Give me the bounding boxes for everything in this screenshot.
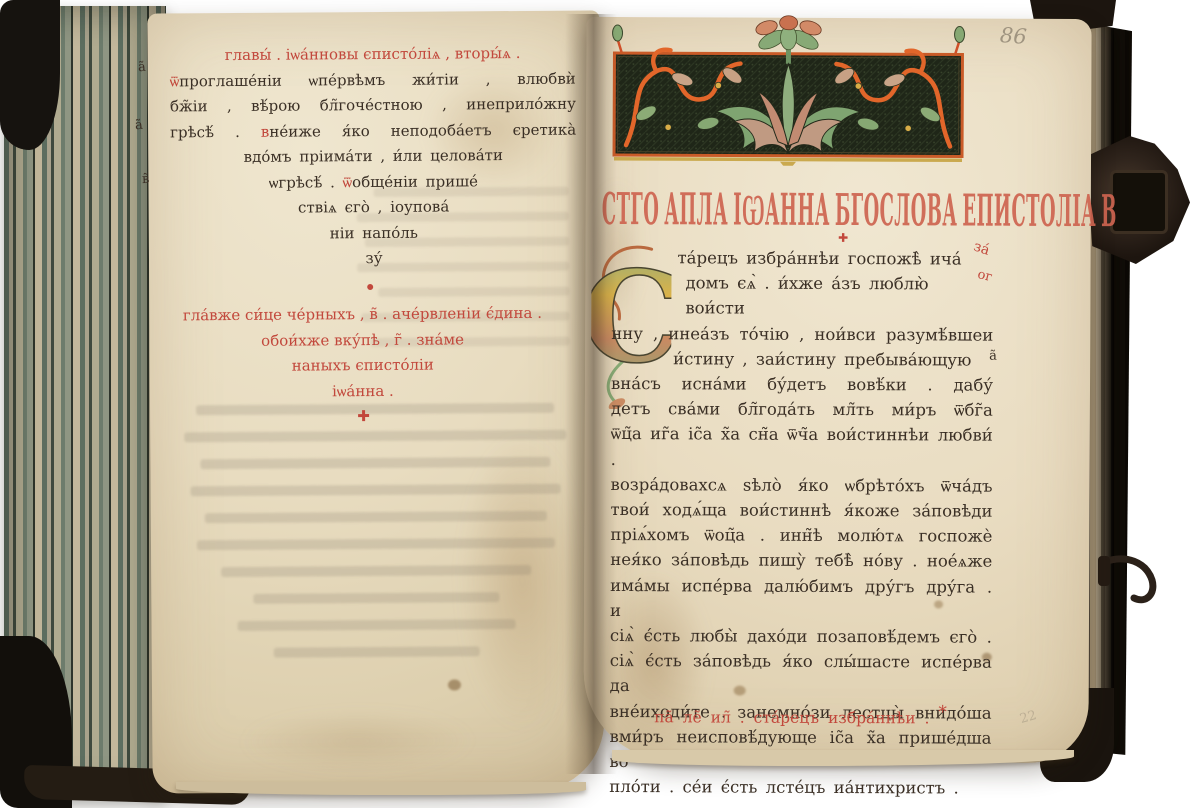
cross-ornament-small bbox=[839, 233, 848, 242]
bleedthrough-line bbox=[184, 430, 566, 443]
toc-line: грѣсѣ́ . вне́иже я́ко неподоба́етъ єрети… bbox=[170, 117, 576, 145]
book-photo: главы́ . іѡа́нновы єписто́ліѧ , вторы́ѧ … bbox=[0, 0, 1200, 808]
body-line: нея́ко за́повѣдь пишу̀ тебѣ̀ но́ву . ное… bbox=[610, 547, 992, 574]
bleedthrough-block-lower bbox=[176, 403, 576, 659]
bleedthrough-line bbox=[191, 484, 561, 497]
stain bbox=[202, 699, 513, 783]
colophon-text: па̃ ле̃ ил̃ . ста́рецъ избра́ннѣи . bbox=[654, 708, 929, 727]
chapter-note-line: наныхъ єписто́ліи bbox=[160, 352, 566, 380]
toc-line: ѡгрѣсѣ́ . ѿобще́ніи прише́ bbox=[170, 168, 576, 196]
chapter-note-line: гла́вже си́це че́рныхъ , в̃ . аче́рвлені… bbox=[159, 301, 565, 329]
body-line: има́мы испе́рва далю́бимъ дру́гъ дру́га … bbox=[610, 573, 992, 625]
body-line: сіѧ̀ є́сть любы̀ дахо́ди позаповѣ́демъ є… bbox=[610, 623, 992, 650]
headpiece-woodcut bbox=[610, 13, 967, 167]
colophon-rubric: па̃ ле̃ ил̃ . ста́рецъ избра́ннѣи . * bbox=[610, 701, 992, 728]
page-under-edge-left bbox=[176, 782, 586, 795]
bleedthrough-line bbox=[221, 565, 531, 577]
body-line: та́рецъ избра́ннѣи госпожѣ̀ ича́ bbox=[612, 245, 994, 272]
colophon-asterisk: * bbox=[938, 702, 947, 722]
body-line: ѿц̃а иг̃а іс̃а х̃а сн̃а ѿч̃а вои́стиннѣи… bbox=[611, 421, 993, 473]
bleedthrough-line bbox=[253, 592, 500, 604]
bleedthrough-line bbox=[197, 538, 555, 551]
body-line: и́стину , заи́стину пребыва́ющую bbox=[611, 346, 993, 373]
body-line: вна́съ исна́ми бу́детъ вовѣ́ки . дабу́ bbox=[611, 371, 993, 398]
book-clasp-plate bbox=[1110, 170, 1168, 234]
separator-dot-ornament bbox=[367, 284, 373, 290]
folio-number-pencil: 86 bbox=[999, 23, 1027, 49]
toc-line: вдо́мъ пріима́ти , и́ли целова́ти bbox=[170, 143, 576, 171]
margin-mark-chapter: в̃ bbox=[142, 172, 150, 187]
bleedthrough-line bbox=[273, 646, 480, 657]
body-line: нну , инеа́зъ то́чію , нои́вси разумѣ́вш… bbox=[611, 321, 993, 348]
margin-mark-chapter: а̃ bbox=[989, 349, 997, 364]
book-clasp-hook bbox=[1096, 552, 1170, 636]
right-page: СТГО АПЛА ІѠАННА БГОСЛОВА ЕПИСТОЛІА В С … bbox=[583, 17, 1091, 763]
body-line: детъ сва́ми бл̃года́ть мл̃ть ми́ръ ѿбг̃а bbox=[611, 396, 993, 423]
toc-text: ѡгрѣсѣ́ . bbox=[269, 173, 343, 192]
chapter-note-line: обои́хже вку́пѣ , г̃ . зна́ме bbox=[159, 326, 565, 354]
body-line: возра́довахсѧ ѕѣло̀ я́ко ѡбрѣто́хъ ѿча́д… bbox=[611, 472, 993, 499]
margin-mark-chapter-red: а̃ bbox=[134, 118, 143, 134]
title-vyaz: СТГО АПЛА ІѠАННА БГОСЛОВА ЕПИСТОЛІА В bbox=[602, 185, 986, 237]
rubric-heading: главы́ . іѡа́нновы єписто́ліѧ , вторы́ѧ … bbox=[169, 41, 575, 69]
margin-mark-chapter: а̃ bbox=[137, 60, 146, 76]
chapter-note-line: іѡа́нна . bbox=[160, 377, 566, 405]
title-vyaz-wrap: СТГО АПЛА ІѠАННА БГОСЛОВА ЕПИСТОЛІА В bbox=[602, 185, 1082, 239]
left-text-block: главы́ . іѡа́нновы єписто́ліѧ , вторы́ѧ … bbox=[169, 41, 577, 273]
left-page: главы́ . іѡа́нновы єписто́ліѧ , вторы́ѧ … bbox=[147, 10, 604, 793]
rubric-initial: ѿ bbox=[170, 72, 180, 90]
rubric-initial: ѿ bbox=[343, 173, 353, 191]
body-line: пло́ти . се́и є́сть лсте́цъ иа́нтихристъ… bbox=[609, 774, 991, 801]
headpiece-pendant bbox=[780, 162, 796, 167]
toc-line: зу́ bbox=[171, 245, 577, 273]
toc-line: бж̃іи , вѣ́рою бл̃гоче́стною , инеприло́… bbox=[170, 92, 576, 120]
margin-pericope-red: ог bbox=[976, 267, 994, 285]
body-line: сіѧ̀ є́сть за́повѣдь я́ко слы́шасте испе… bbox=[610, 648, 992, 700]
cross-ornament bbox=[358, 410, 369, 421]
body-line: твои́ ходѧ́ща вои́стиннѣ я́коже за́повѣд… bbox=[610, 497, 992, 524]
page-under-edge-right bbox=[612, 750, 1074, 766]
toc-text: проглаше́ніи ѡпе́рвѣмъ жи́тіи , влюбвѝ bbox=[179, 69, 576, 90]
body-line: домъ єѧ̀ . и́хже а́зъ люблю̀ вои́сти bbox=[611, 270, 993, 322]
bleedthrough-line bbox=[205, 511, 547, 523]
toc-line: ствіѧ єго̀ , іоупова́ bbox=[171, 194, 577, 222]
gutter-shadow bbox=[565, 14, 617, 774]
toc-text: не́иже я́ко неподоба́етъ єретика̀ bbox=[269, 120, 576, 140]
toc-line: ніи напо́ль bbox=[171, 219, 577, 247]
toc-text: грѣсѣ́ . bbox=[170, 122, 261, 141]
body-line: пріѧ́хомъ ѿоц̃а . инн̃ѣ молю́тѧ госпожѐ bbox=[610, 522, 992, 549]
toc-line: ѿпроглаше́ніи ѡпе́рвѣмъ жи́тіи , влюбвѝ bbox=[170, 66, 576, 94]
chapter-note-block: гла́вже си́це че́рныхъ , в̃ . аче́рвлені… bbox=[159, 301, 566, 406]
bleedthrough-line bbox=[200, 457, 550, 469]
fox-spot bbox=[448, 679, 461, 690]
bleedthrough-line bbox=[378, 287, 569, 297]
toc-text: обще́ніи прише́ bbox=[352, 172, 478, 191]
bleedthrough-line bbox=[237, 619, 516, 631]
